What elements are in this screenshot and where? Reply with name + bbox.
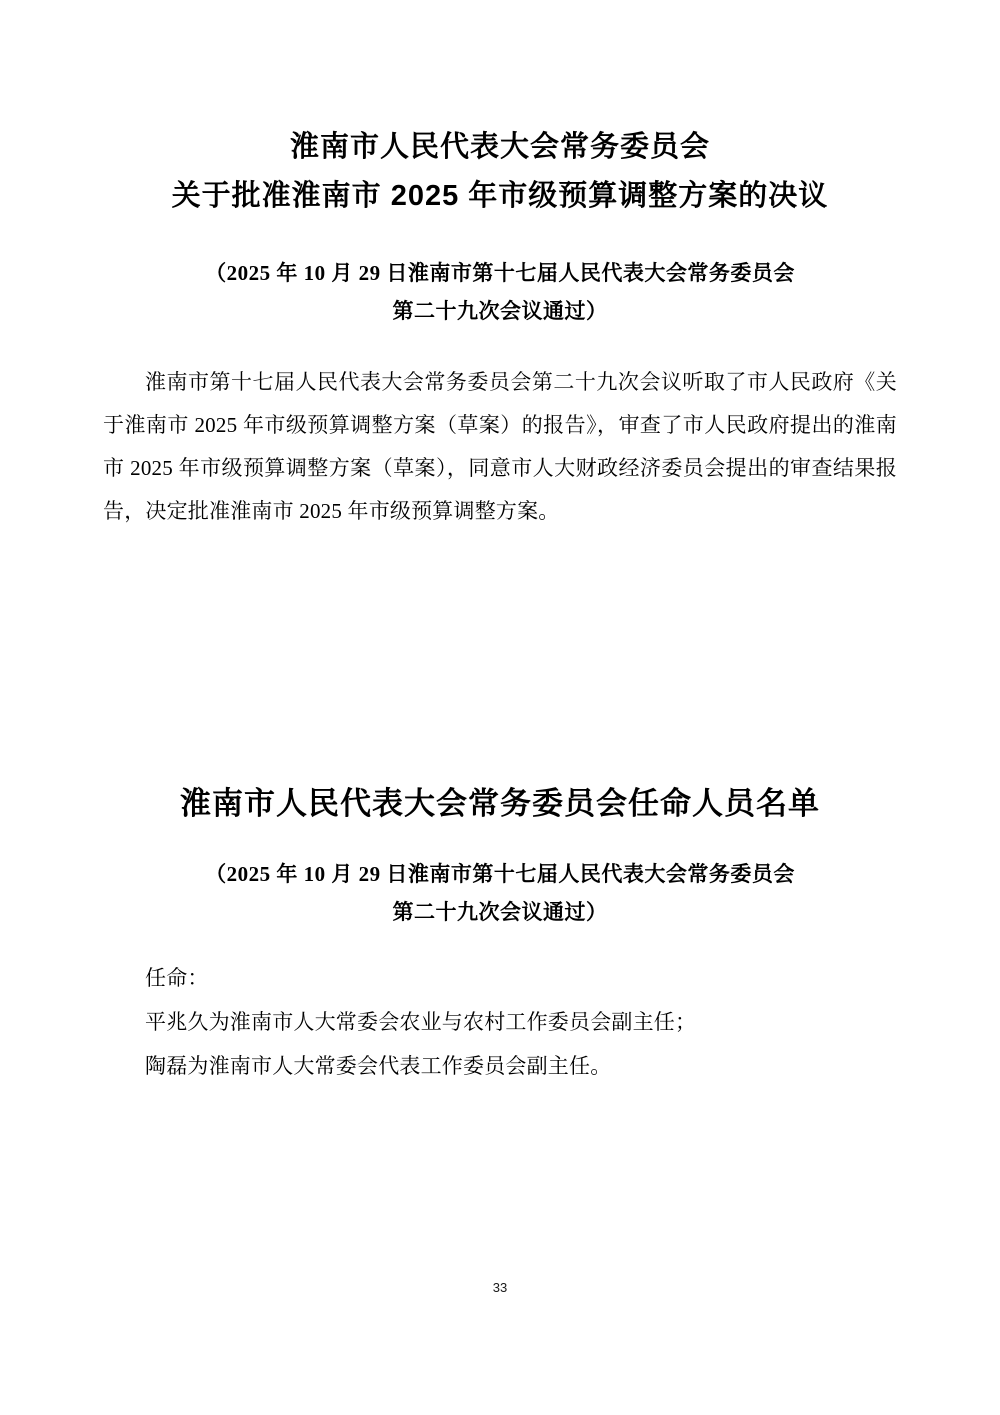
appointment-section: 淮南市人民代表大会常务委员会任命人员名单 （2025 年 10 月 29 日淮南… xyxy=(103,782,897,1088)
decision-session-line1: （2025 年 10 月 29 日淮南市第十七届人民代表大会常务委员会 xyxy=(103,254,897,292)
appointment-item: 平兆久为淮南市人大常委会农业与农村工作委员会副主任； xyxy=(103,1000,897,1044)
decision-body-paragraph: 淮南市第十七届人民代表大会常务委员会第二十九次会议听取了市人民政府《关于淮南市 … xyxy=(103,361,897,533)
page-content: 淮南市人民代表大会常务委员会 关于批准淮南市 2025 年市级预算调整方案的决议… xyxy=(0,0,1000,1088)
appointment-list: 任命： 平兆久为淮南市人大常委会农业与农村工作委员会副主任； 陶磊为淮南市人大常… xyxy=(103,956,897,1088)
appointment-item: 陶磊为淮南市人大常委会代表工作委员会副主任。 xyxy=(103,1044,897,1088)
page-footer: 33 xyxy=(0,1279,1000,1297)
appointment-session-line1: （2025 年 10 月 29 日淮南市第十七届人民代表大会常务委员会 xyxy=(103,855,897,893)
decision-session-line2: 第二十九次会议通过） xyxy=(103,292,897,330)
decision-title-line2: 关于批准淮南市 2025 年市级预算调整方案的决议 xyxy=(103,172,897,221)
document-page: 淮南市人民代表大会常务委员会 关于批准淮南市 2025 年市级预算调整方案的决议… xyxy=(0,0,1000,1415)
decision-title-line1: 淮南市人民代表大会常务委员会 xyxy=(103,123,897,172)
appointment-session-line2: 第二十九次会议通过） xyxy=(103,893,897,931)
page-number: 33 xyxy=(493,1280,507,1295)
decision-session-note: （2025 年 10 月 29 日淮南市第十七届人民代表大会常务委员会 第二十九… xyxy=(103,254,897,330)
decision-section: 淮南市人民代表大会常务委员会 关于批准淮南市 2025 年市级预算调整方案的决议… xyxy=(103,123,897,533)
appointment-session-note: （2025 年 10 月 29 日淮南市第十七届人民代表大会常务委员会 第二十九… xyxy=(103,855,897,931)
appointment-title: 淮南市人民代表大会常务委员会任命人员名单 xyxy=(103,782,897,826)
decision-title: 淮南市人民代表大会常务委员会 关于批准淮南市 2025 年市级预算调整方案的决议 xyxy=(103,123,897,221)
appointment-list-heading: 任命： xyxy=(103,956,897,1000)
